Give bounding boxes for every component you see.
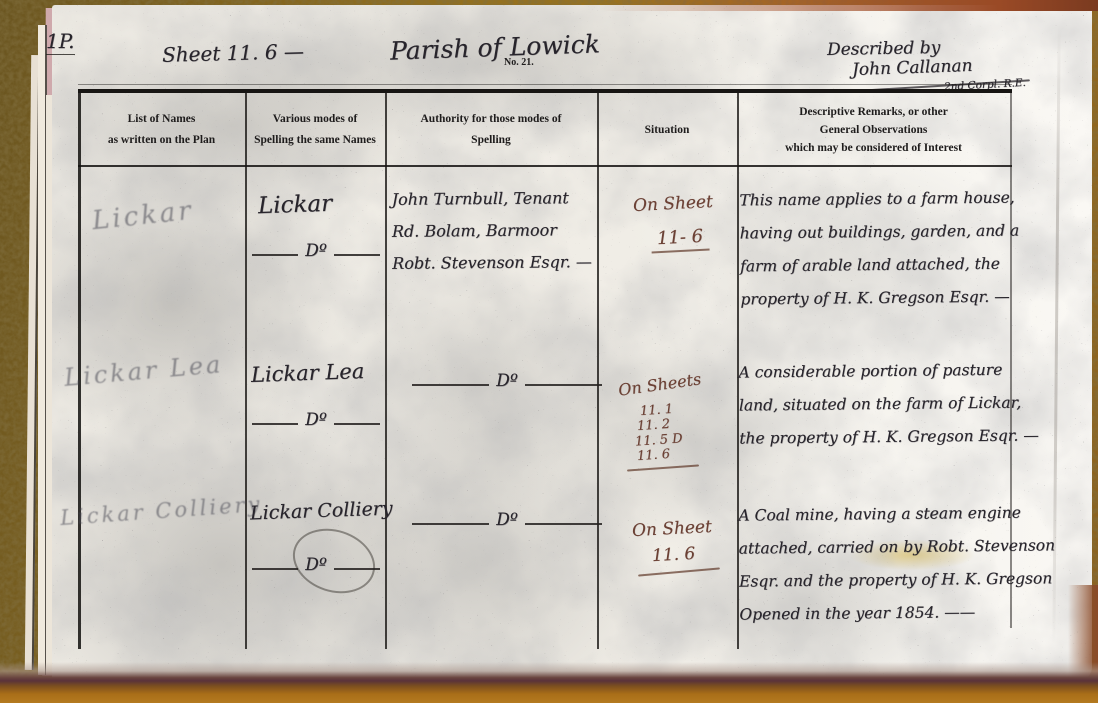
sheet-number: 11. 6 [637, 447, 671, 464]
ditto-dash [334, 254, 380, 256]
document-page: 1P. Sheet 11. 6 — Parish of Lowick No. 2… [52, 5, 1092, 681]
remarks-line: Esqr. and the property of H. K. Gregson [739, 569, 1056, 605]
ditto-dash [334, 423, 380, 425]
ditto-dash [252, 423, 298, 425]
vertical-rule [385, 93, 387, 649]
header-line: List of Names [128, 113, 196, 125]
authority-entry: John Turnbull, Tenant Rd. Bolam, Barmoor… [392, 188, 592, 286]
ditto-text: Dº [305, 410, 327, 430]
ditto-dash [412, 523, 489, 525]
ditto-dash [412, 384, 489, 386]
page-number: 1P. [46, 29, 75, 55]
header-line: Spelling [471, 134, 511, 146]
ditto-text: Dº [496, 371, 518, 391]
header-line: Situation [645, 124, 690, 136]
remarks-line: farm of arable land attached, the [740, 255, 1020, 291]
ditto-text: Dº [305, 241, 327, 261]
surveyor-signature: John Callanan [852, 56, 973, 80]
sheet-number: 11. 6 [652, 544, 696, 566]
remarks-line: land, situated on the farm of Lickar, [739, 393, 1039, 429]
header-line: Authority for those modes of [421, 113, 562, 125]
remarks-line: property of H. K. Gregson Esqr. — [740, 288, 1020, 324]
remarks-line: having out buildings, garden, and a [740, 222, 1020, 258]
header-line: as written on the Plan [108, 134, 215, 146]
spelling-ditto: Dº [252, 241, 380, 261]
situation-heading: On Sheet [633, 192, 714, 216]
header-line: which may be considered of Interest [785, 142, 962, 154]
remarks-line: A Coal mine, having a steam engine [738, 503, 1055, 539]
authority-ditto: Dº [412, 371, 602, 391]
ditto-dash [525, 523, 602, 525]
spelling-entry: Lickar Lea [251, 359, 365, 387]
authority-line: John Turnbull, Tenant [392, 188, 592, 222]
ditto-text: Dº [305, 555, 327, 575]
ditto-dash [252, 568, 298, 570]
situation-heading: On Sheet [632, 517, 713, 541]
sheet-number: 11- 6 [650, 225, 709, 253]
remarks-entry: This name applies to a farm house, havin… [739, 189, 1020, 324]
authority-ditto: Dº [412, 510, 602, 530]
remarks-line: Opened in the year 1854. —— [739, 602, 1056, 638]
printed-survey-number: No. 21. [504, 57, 534, 68]
remarks-line: This name applies to a farm house, [739, 189, 1019, 225]
header-line: Descriptive Remarks, or other [799, 106, 948, 118]
scanned-name-book-page: 1P. Sheet 11. 6 — Parish of Lowick No. 2… [0, 0, 1098, 703]
vertical-rule [245, 93, 247, 649]
remarks-entry: A Coal mine, having a steam engine attac… [738, 503, 1056, 638]
remarks-entry: A considerable portion of pasture land, … [738, 360, 1039, 462]
ditto-dash [525, 384, 602, 386]
spelling-ditto: Dº [252, 410, 380, 430]
column-header-situation: Situation [597, 93, 737, 166]
top-page-edge [600, 0, 1098, 11]
header-line: General Observations [820, 124, 928, 136]
ditto-dash [252, 254, 298, 256]
authority-line: Rd. Bolam, Barmoor [392, 220, 592, 254]
header-line: Various modes of [273, 113, 358, 125]
header-line: Spelling the same Names [254, 134, 376, 146]
sheet-label: Sheet 11. 6 — [162, 39, 304, 67]
authority-line: Robt. Stevenson Esqr. — [392, 252, 592, 286]
column-header-remarks: Descriptive Remarks, or other General Ob… [737, 93, 1010, 166]
spelling-ditto: Dº [252, 555, 380, 575]
column-header-authority: Authority for those modes of Spelling [385, 93, 597, 166]
remarks-line: attached, carried on by Robt. Stevenson [739, 536, 1056, 572]
ditto-text: Dº [496, 510, 518, 530]
remarks-line: the property of H. K. Gregson Esqr. — [739, 426, 1039, 462]
table-top-rule [78, 84, 1012, 85]
remarks-line: A considerable portion of pasture [738, 360, 1038, 396]
bottom-page-edge [0, 662, 1098, 703]
column-header-names: List of Names as written on the Plan [78, 93, 245, 166]
spelling-entry: Lickar [258, 191, 333, 220]
column-header-spelling: Various modes of Spelling the same Names [245, 93, 385, 166]
ditto-dash [334, 568, 380, 570]
